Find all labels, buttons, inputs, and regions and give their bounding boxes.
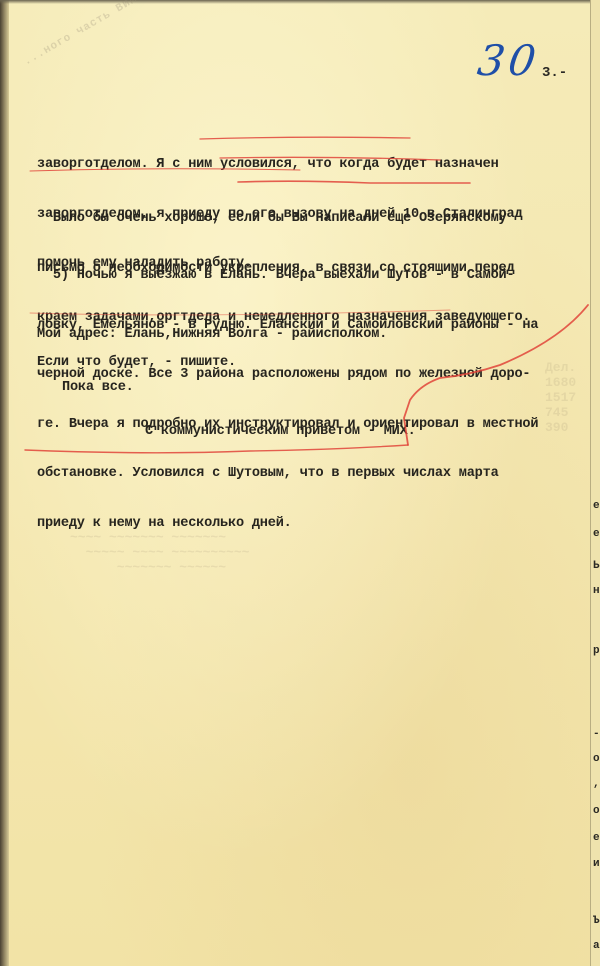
signature-line: С коммунистическим приветом - МИХ.	[145, 424, 416, 441]
request-line: Если что будет, - пишите.	[37, 355, 236, 372]
bleed-through-text: Дел. 1680 1517 745 390	[545, 360, 576, 435]
page-number: 3.-	[542, 65, 567, 81]
edge-fragment: ,	[593, 778, 600, 790]
edge-fragment: е	[593, 500, 600, 512]
adjacent-page-edge: е е Ь н р - о , о е. и: Ъ а	[590, 0, 600, 966]
page-top-edge	[0, 0, 590, 4]
edge-fragment: и:	[593, 858, 600, 870]
edge-fragment: Ъ	[593, 915, 600, 927]
closing-line: Пока все.	[62, 380, 134, 397]
text-line: обстановке. Условился с Шутовым, что в п…	[37, 466, 538, 483]
edge-fragment: р	[593, 645, 600, 657]
edge-fragment: -	[593, 728, 600, 740]
edge-fragment: е.	[593, 832, 600, 844]
edge-fragment: н	[593, 585, 600, 597]
text-line: приеду к нему на несколько дней.	[37, 516, 538, 533]
edge-fragment: а	[593, 940, 600, 952]
edge-fragment: Ь	[593, 560, 600, 572]
binding-edge	[0, 0, 9, 966]
text-line: заворготделом. Я с ним условился, что ко…	[37, 157, 522, 174]
address-line: Мой адрес: Елань,Нижняя Волга - райиспол…	[37, 327, 387, 344]
edge-fragment: о	[593, 753, 600, 765]
edge-fragment: е	[593, 528, 600, 540]
text-line: Было бы очень хорошо, если бы Вы написал…	[37, 211, 530, 228]
edge-fragment: о	[593, 805, 600, 817]
text-line: 5) Ночью я выезжаю в Елань. Вчера выехал…	[37, 268, 538, 285]
handwritten-folio-number: 30	[475, 36, 543, 85]
